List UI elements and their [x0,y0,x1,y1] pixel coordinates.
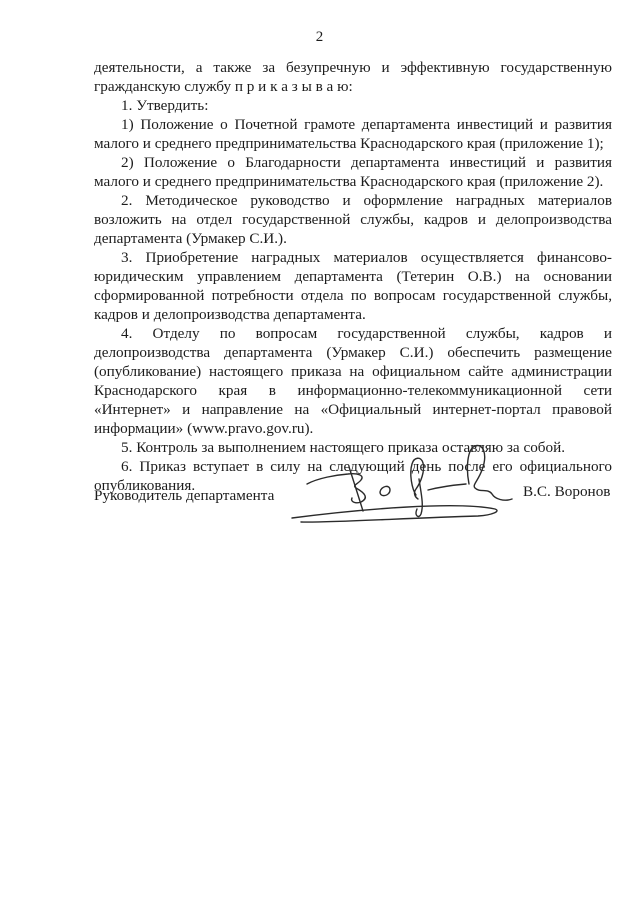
signatory-name: В.С. Воронов [523,482,610,501]
document-body: деятельности, а также за безупречную и э… [94,58,612,495]
signatory-title: Руководитель департамента [94,486,274,505]
signature-scribble [282,437,522,532]
para-polozhenie-1: 1) Положение о Почетной грамоте департам… [94,115,612,153]
document-page: 2 деятельности, а также за безупречную и… [0,0,639,905]
para-utverdit: 1. Утвердить: [94,96,612,115]
para-2-methodical: 2. Методическое руководство и оформление… [94,191,612,248]
para-3-procurement: 3. Приобретение наградных материалов осу… [94,248,612,324]
para-preamble-continuation: деятельности, а также за безупречную и э… [94,58,612,96]
para-4-publication: 4. Отделу по вопросам государственной сл… [94,324,612,438]
page-number: 2 [0,28,639,47]
para-polozhenie-2: 2) Положение о Благодарности департамент… [94,153,612,191]
